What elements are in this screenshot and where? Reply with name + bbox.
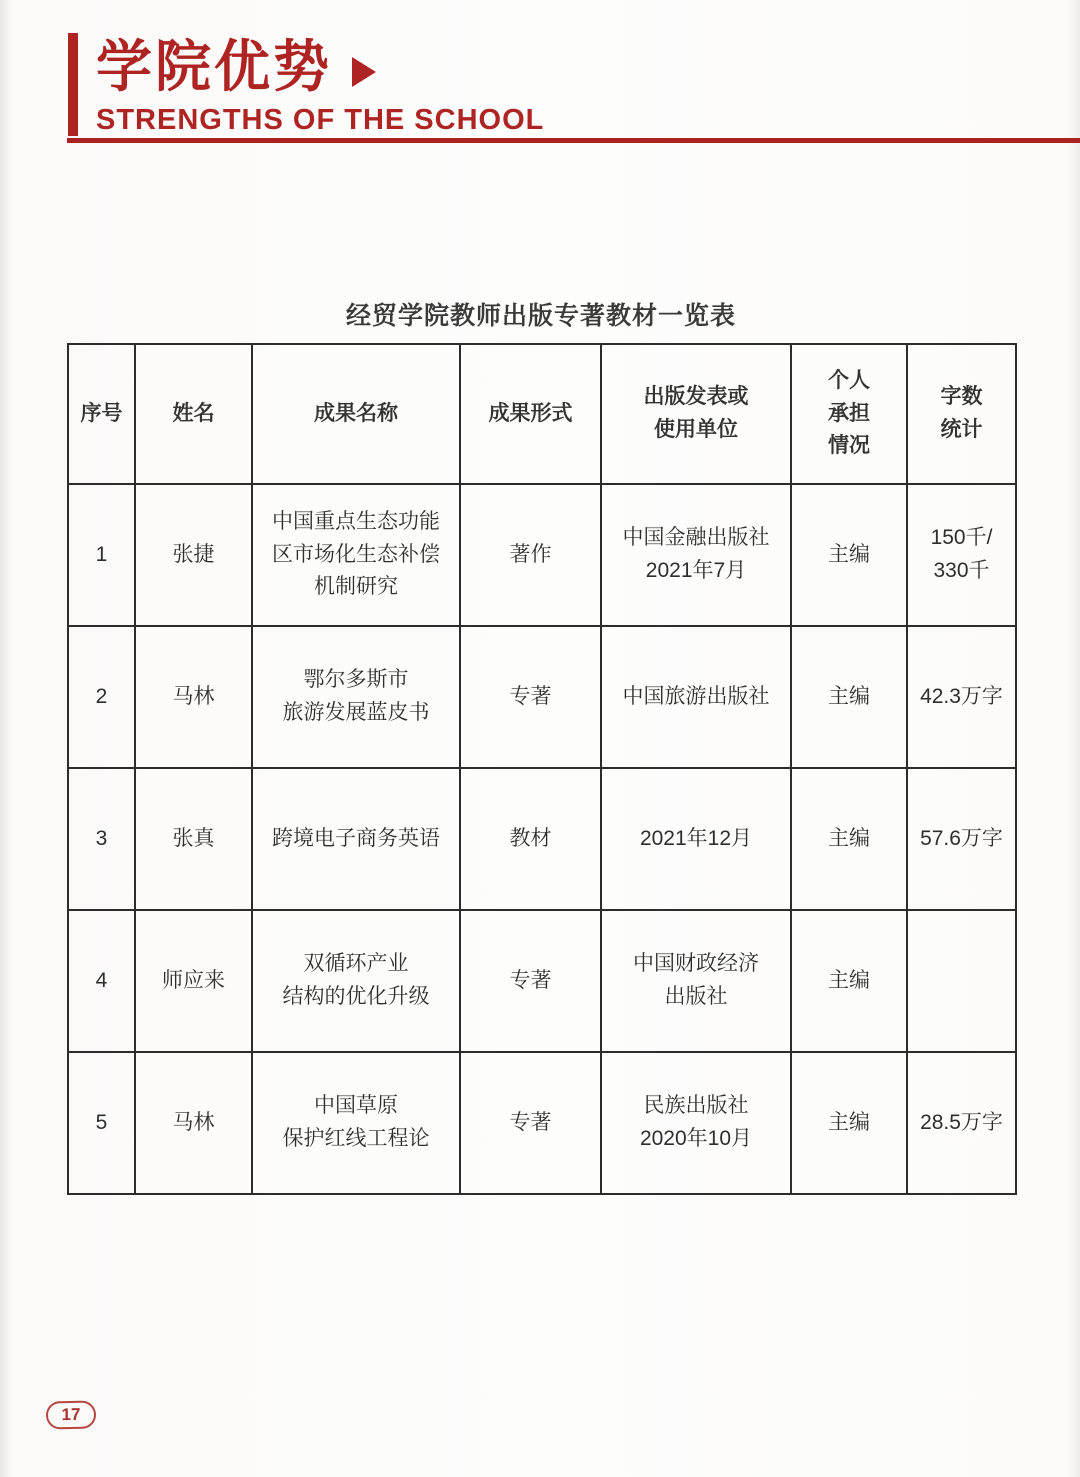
cell-index: 1 [68,484,135,626]
page-title-en: STRENGTHS OF THE SCHOOL [96,104,544,137]
table-row: 1 张捷 中国重点生态功能 区市场化生态补偿 机制研究 著作 中国金融出版社 2… [68,484,1016,626]
table-row: 2 马林 鄂尔多斯市 旅游发展蓝皮书 专著 中国旅游出版社 主编 42.3万字 [68,626,1016,768]
cell-index: 2 [68,626,135,768]
table-row: 5 马林 中国草原 保护红线工程论 专著 民族出版社 2020年10月 主编 2… [68,1052,1016,1194]
page: 学院优势 STRENGTHS OF THE SCHOOL 经贸学院教师出版专著教… [0,0,1080,1477]
page-title-cn: 学院优势 [96,38,332,97]
cell-name: 马林 [135,626,252,768]
cell-word-count [907,910,1016,1052]
cell-achievement-title: 中国重点生态功能 区市场化生态补偿 机制研究 [252,484,460,626]
cell-word-count: 57.6万字 [907,768,1016,910]
cell-publisher: 中国财政经济 出版社 [601,910,791,1052]
publications-table: 序号 姓名 成果名称 成果形式 出版发表或 使用单位 个人 承担 情况 字数 统… [67,343,1017,1195]
page-number-badge: 17 [46,1401,96,1430]
page-number: 17 [61,1405,80,1424]
cell-word-count: 42.3万字 [907,626,1016,768]
table-header-row: 序号 姓名 成果名称 成果形式 出版发表或 使用单位 个人 承担 情况 字数 统… [68,344,1016,484]
cell-personal-role: 主编 [791,484,907,626]
arrow-right-icon [352,57,376,87]
cell-name: 张真 [135,768,252,910]
cell-index: 3 [68,768,135,910]
cell-achievement-form: 教材 [460,768,601,910]
cell-achievement-form: 专著 [460,1052,601,1194]
cell-name: 马林 [135,1052,252,1194]
cell-publisher: 中国金融出版社 2021年7月 [601,484,791,626]
cell-name: 张捷 [135,484,252,626]
cell-achievement-form: 专著 [460,910,601,1052]
column-header-index: 序号 [68,344,135,484]
cell-achievement-title: 中国草原 保护红线工程论 [252,1052,460,1194]
cell-publisher: 中国旅游出版社 [601,626,791,768]
table-title: 经贸学院教师出版专著教材一览表 [67,296,1015,332]
cell-personal-role: 主编 [791,910,907,1052]
cell-word-count: 150千/ 330千 [907,484,1016,626]
table-row: 4 师应来 双循环产业 结构的优化升级 专著 中国财政经济 出版社 主编 [68,910,1016,1052]
cell-name: 师应来 [135,910,252,1052]
column-header-personal-role: 个人 承担 情况 [791,344,907,484]
header-rule [67,138,1080,143]
cell-publisher: 2021年12月 [601,768,791,910]
cell-publisher: 民族出版社 2020年10月 [601,1052,791,1194]
cell-achievement-title: 跨境电子商务英语 [252,768,460,910]
cell-word-count: 28.5万字 [907,1052,1016,1194]
cell-achievement-title: 鄂尔多斯市 旅游发展蓝皮书 [252,626,460,768]
cell-personal-role: 主编 [791,1052,907,1194]
cell-achievement-form: 专著 [460,626,601,768]
column-header-publisher: 出版发表或 使用单位 [601,344,791,484]
column-header-name: 姓名 [135,344,252,484]
cell-index: 5 [68,1052,135,1194]
cell-achievement-form: 著作 [460,484,601,626]
cell-index: 4 [68,910,135,1052]
table-row: 3 张真 跨境电子商务英语 教材 2021年12月 主编 57.6万字 [68,768,1016,910]
column-header-word-count: 字数 统计 [907,344,1016,484]
cell-personal-role: 主编 [791,768,907,910]
cell-personal-role: 主编 [791,626,907,768]
cell-achievement-title: 双循环产业 结构的优化升级 [252,910,460,1052]
header-accent-bar [68,33,78,136]
column-header-achievement-title: 成果名称 [252,344,460,484]
column-header-achievement-form: 成果形式 [460,344,601,484]
